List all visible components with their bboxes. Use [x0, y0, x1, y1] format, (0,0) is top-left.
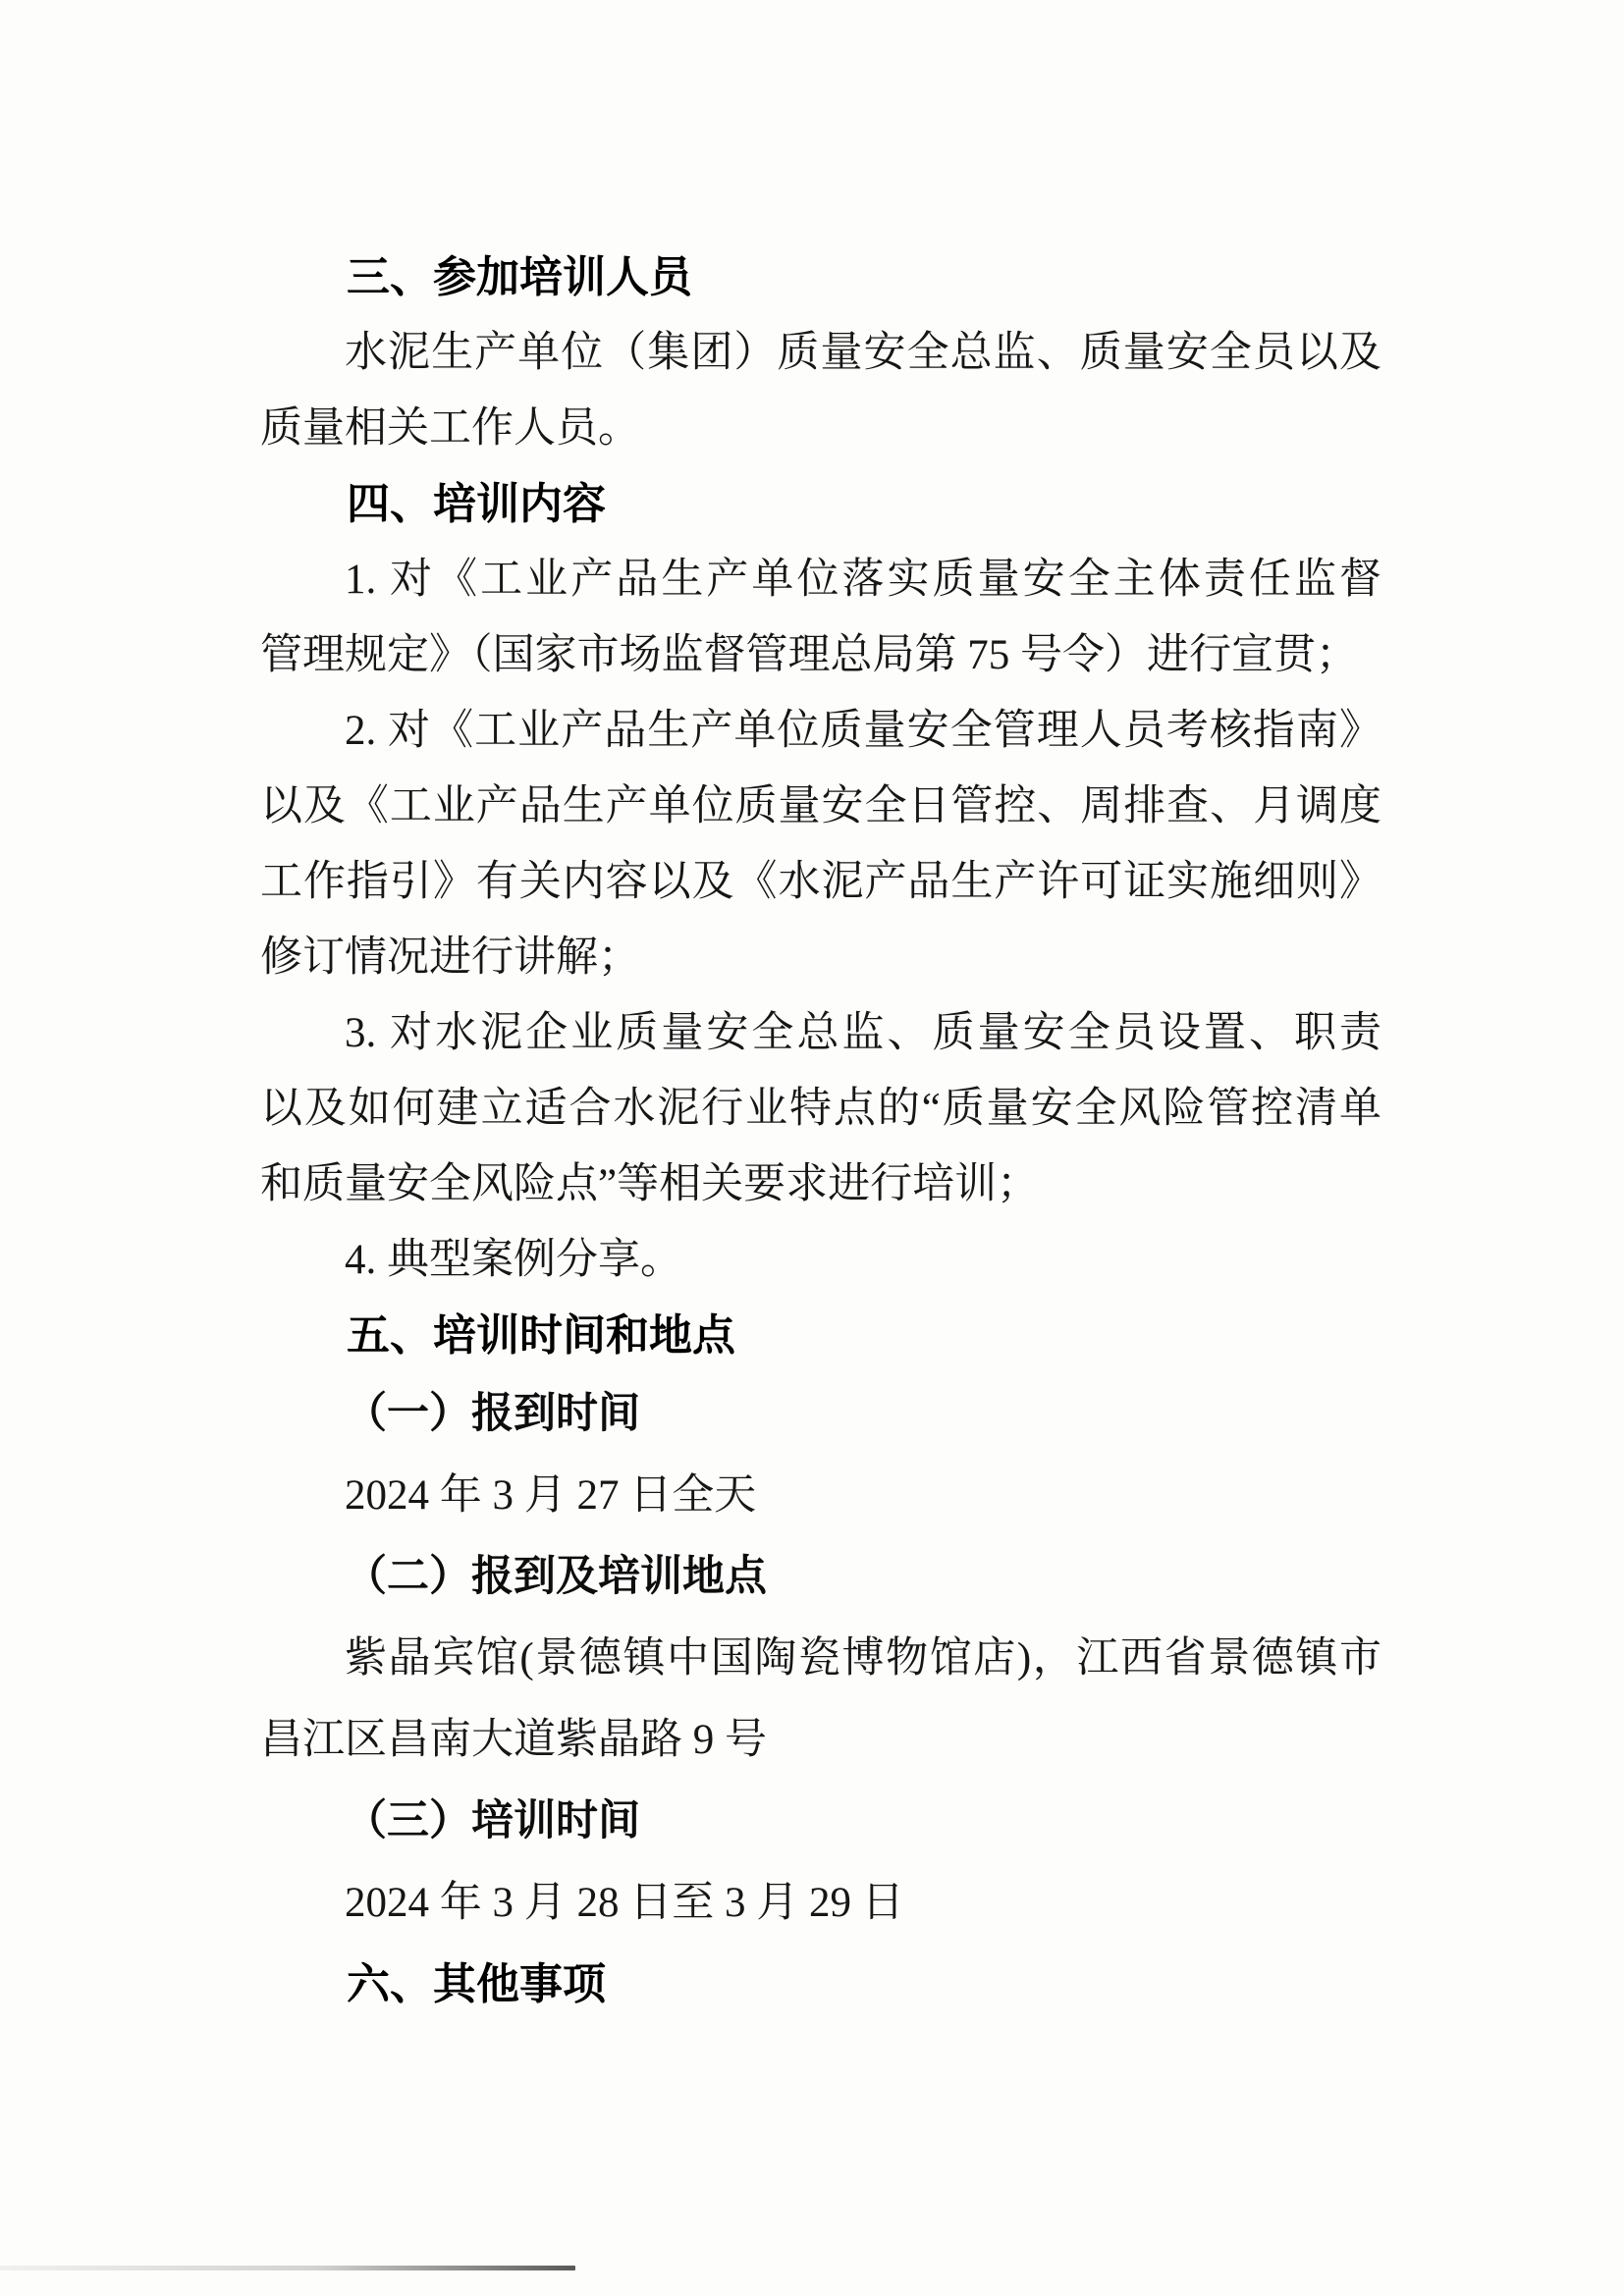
- text-line: 和质量安全风险点”等相关要求进行培训；: [260, 1147, 1381, 1222]
- training-dates: 2024 年 3 月 28 日至 3 月 29 日: [260, 1862, 1381, 1944]
- text-line: 管理规定》（国家市场监督管理总局第 75 号令）进行宣贯；: [260, 617, 1381, 693]
- text-line: 工作指引》有关内容以及《水泥产品生产许可证实施细则》: [260, 844, 1381, 920]
- text-line: 2024 年 3 月 28 日至 3 月 29 日: [260, 1862, 1381, 1944]
- text-line: 修订情况进行讲解；: [260, 920, 1381, 995]
- text-line: 3. 对水泥企业质量安全总监、质量安全员设置、职责: [260, 995, 1381, 1071]
- document-page: 三、参加培训人员水泥生产单位（集团）质量安全总监、质量安全员以及质量相关工作人员…: [0, 0, 1624, 2296]
- content-item-2: 2. 对《工业产品生产单位质量安全管理人员考核指南》以及《工业产品生产单位质量安…: [260, 693, 1381, 995]
- subheading-line: （二）报到及培训地点: [260, 1536, 1381, 1618]
- text-line: 紫晶宾馆(景德镇中国陶瓷博物馆店)，江西省景德镇市: [260, 1618, 1381, 1699]
- section-heading-6: 六、其他事项: [260, 1944, 1381, 2025]
- content-item-3: 3. 对水泥企业质量安全总监、质量安全员设置、职责以及如何建立适合水泥行业特点的…: [260, 995, 1381, 1222]
- subsection-location: （二）报到及培训地点: [260, 1536, 1381, 1618]
- text-line: 2. 对《工业产品生产单位质量安全管理人员考核指南》: [260, 693, 1381, 769]
- section-heading-5: 五、培训时间和地点: [260, 1298, 1381, 1373]
- heading-line: 三、参加培训人员: [260, 240, 1381, 315]
- paragraph-participants: 水泥生产单位（集团）质量安全总监、质量安全员以及质量相关工作人员。: [260, 315, 1381, 466]
- subheading-line: （一）报到时间: [260, 1373, 1381, 1455]
- text-line: 1. 对《工业产品生产单位落实质量安全主体责任监督: [260, 542, 1381, 617]
- text-line: 以及如何建立适合水泥行业特点的“质量安全风险管控清单: [260, 1071, 1381, 1147]
- heading-line: 五、培训时间和地点: [260, 1298, 1381, 1373]
- text-line: 昌江区昌南大道紫晶路 9 号: [260, 1699, 1381, 1781]
- section-heading-3: 三、参加培训人员: [260, 240, 1381, 315]
- heading-line: 四、培训内容: [260, 466, 1381, 542]
- text-line: 2024 年 3 月 27 日全天: [260, 1455, 1381, 1536]
- subheading-line: （三）培训时间: [260, 1781, 1381, 1862]
- content-item-4: 4. 典型案例分享。: [260, 1222, 1381, 1298]
- text-line: 4. 典型案例分享。: [260, 1222, 1381, 1298]
- document-content: 三、参加培训人员水泥生产单位（集团）质量安全总监、质量安全员以及质量相关工作人员…: [260, 240, 1381, 2025]
- subsection-checkin-time: （一）报到时间: [260, 1373, 1381, 1455]
- checkin-date: 2024 年 3 月 27 日全天: [260, 1455, 1381, 1536]
- scan-shadow-artifact: [0, 2266, 575, 2270]
- section-heading-4: 四、培训内容: [260, 466, 1381, 542]
- heading-line: 六、其他事项: [260, 1944, 1381, 2025]
- text-line: 以及《工业产品生产单位质量安全日管控、周排查、月调度: [260, 769, 1381, 844]
- text-line: 水泥生产单位（集团）质量安全总监、质量安全员以及: [260, 315, 1381, 391]
- subsection-training-time: （三）培训时间: [260, 1781, 1381, 1862]
- text-line: 质量相关工作人员。: [260, 391, 1381, 466]
- location-address: 紫晶宾馆(景德镇中国陶瓷博物馆店)，江西省景德镇市昌江区昌南大道紫晶路 9 号: [260, 1618, 1381, 1781]
- content-item-1: 1. 对《工业产品生产单位落实质量安全主体责任监督管理规定》（国家市场监督管理总…: [260, 542, 1381, 693]
